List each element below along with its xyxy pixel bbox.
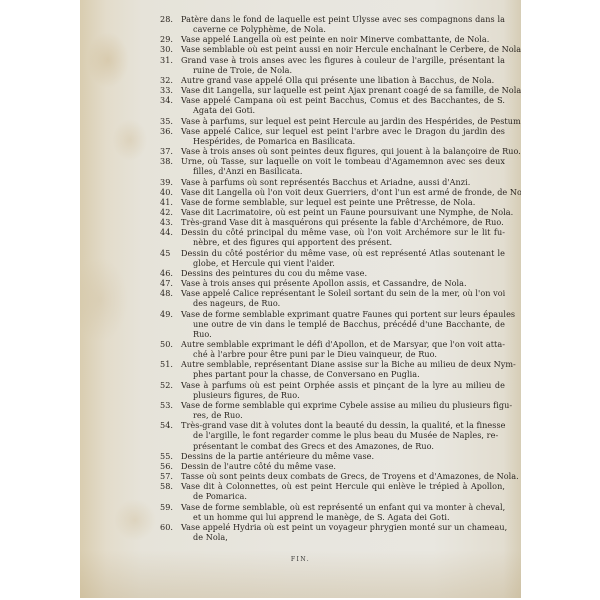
entry-continuation: de l'argille, le font regarder comme le …	[181, 430, 505, 440]
entry-text: Vase appelé Calice représentant le Solei…	[181, 288, 505, 298]
entry-continuation: présentant le combat des Grecs et des Am…	[181, 441, 505, 451]
entry-text: Vase appelé Langella où est peinte en no…	[181, 34, 505, 44]
catalogue-entry: 47.Vase à trois anses qui présente Apoll…	[160, 278, 505, 288]
entry-number: 54.	[160, 420, 179, 430]
entry-continuation: une outre de vin dans le templé de Bacch…	[181, 319, 505, 339]
catalogue-entry: 46.Dessins des peintures du cou du même …	[160, 268, 505, 278]
entry-number: 43.	[160, 217, 179, 227]
entry-number: 45	[160, 248, 179, 258]
entry-number: 42.	[160, 207, 179, 217]
entry-text: Dessin de l'autre côté du même vase.	[181, 461, 505, 471]
catalogue-entry: 39.Vase à parfums où sont représentés Ba…	[160, 177, 505, 187]
entry-continuation: phes partant pour la chasse, de Conversa…	[181, 369, 505, 379]
entry-continuation: caverne ce Polyphème, de Nola.	[181, 24, 505, 34]
catalogue-entry: 53.Vase de forme semblable qui exprime C…	[160, 400, 505, 420]
entry-text: Vase de forme semblable qui exprime Cybe…	[181, 400, 505, 410]
entry-text: Vase de forme semblable, où est représen…	[181, 502, 505, 512]
catalogue-entry: 58.Vase dit à Colonnettes, où est peint …	[160, 481, 505, 501]
entry-number: 47.	[160, 278, 179, 288]
catalogue-entry: 38.Urne, où Tasse, sur laquelle on voit …	[160, 156, 505, 176]
entry-text: Vase appelé Calice, sur lequel est peint…	[181, 126, 505, 136]
entry-text: Vase dit Langella, sur laquelle est pein…	[181, 85, 505, 95]
catalogue-entry: 40.Vase dit Langella où l'on voit deux G…	[160, 187, 505, 197]
catalogue-entry: 32.Autre grand vase appelé Olla qui prés…	[160, 75, 505, 85]
catalogue-entry: 36.Vase appelé Calice, sur lequel est pe…	[160, 126, 505, 146]
entry-number: 36.	[160, 126, 179, 136]
catalogue-entry: 30.Vase semblable où est peint aussi en …	[160, 44, 505, 54]
entry-number: 48.	[160, 288, 179, 298]
entry-text: Tasse où sont peints deux combats de Gre…	[181, 471, 505, 481]
catalogue-entry: 45Dessin du côté postérior du même vase,…	[160, 248, 505, 268]
entry-text: Vase à trois anses qui présente Apollon …	[181, 278, 505, 288]
entry-continuation: Agata dei Goti.	[181, 105, 505, 115]
entry-number: 40.	[160, 187, 179, 197]
entry-number: 44.	[160, 227, 179, 237]
entry-text: Vase dit à Colonnettes, où est peint Her…	[181, 481, 505, 491]
entry-number: 37.	[160, 146, 179, 156]
catalogue-entry: 42.Vase dit Lacrimatoire, où est peint u…	[160, 207, 505, 217]
entry-continuation: filles, d'Anzi en Basilicata.	[181, 166, 505, 176]
entry-text: Vase à parfums où est peint Orphée assis…	[181, 380, 505, 390]
entry-number: 49.	[160, 309, 179, 319]
entry-text: Vase de forme semblable exprimant quatre…	[181, 309, 505, 319]
catalogue-entry: 28.Patère dans le fond de laquelle est p…	[160, 14, 505, 34]
catalogue-entry: 54.Très-grand vase dit à volutes dont la…	[160, 420, 505, 450]
entry-number: 52.	[160, 380, 179, 390]
entry-number: 35.	[160, 116, 179, 126]
entry-text: Patère dans le fond de laquelle est pein…	[181, 14, 505, 24]
catalogue-entry: 48.Vase appelé Calice représentant le So…	[160, 288, 505, 308]
entry-continuation: Hespérides, de Pomarica en Basilicata.	[181, 136, 505, 146]
entry-number: 30.	[160, 44, 179, 54]
entry-continuation: de Pomarica.	[181, 491, 505, 501]
entry-text: Dessins de la partie antérieure du même …	[181, 451, 505, 461]
catalogue-entry: 43.Très-grand Vase dit à masquérons qui …	[160, 217, 505, 227]
catalogue-entry: 31.Grand vase à trois anses avec les fig…	[160, 55, 505, 75]
entry-number: 33.	[160, 85, 179, 95]
entry-text: Vase de forme semblable, sur lequel est …	[181, 197, 505, 207]
entry-text: Vase dit Langella où l'on voit deux Guer…	[181, 187, 505, 197]
entry-number: 51.	[160, 359, 179, 369]
catalogue-entry: 35.Vase à parfums, sur lequel est peint …	[160, 116, 505, 126]
entry-number: 55.	[160, 451, 179, 461]
catalogue-entry: 60.Vase appelé Hydria où est peint un vo…	[160, 522, 505, 542]
entry-text: Très-grand Vase dit à masquérons qui pré…	[181, 217, 505, 227]
entry-text: Autre grand vase appelé Olla qui présent…	[181, 75, 505, 85]
entry-text: Dessin du côté principal du même vase, o…	[181, 227, 505, 237]
catalogue-entry: 34.Vase appelé Campana où est peint Bacc…	[160, 95, 505, 115]
entry-number: 28.	[160, 14, 179, 24]
entry-number: 60.	[160, 522, 179, 532]
catalogue-entry: 44.Dessin du côté principal du même vase…	[160, 227, 505, 247]
entry-number: 41.	[160, 197, 179, 207]
entry-number: 56.	[160, 461, 179, 471]
catalogue-entry: 56.Dessin de l'autre côté du même vase.	[160, 461, 505, 471]
catalogue-entry: 59.Vase de forme semblable, où est repré…	[160, 502, 505, 522]
entry-text: Vase à parfums où sont représentés Bacch…	[181, 177, 505, 187]
catalogue-entry-list: 28.Patère dans le fond de laquelle est p…	[160, 14, 505, 542]
entry-number: 57.	[160, 471, 179, 481]
entry-text: Autre semblable exprimant le défi d'Apol…	[181, 339, 505, 349]
entry-continuation: res, de Ruo.	[181, 410, 505, 420]
entry-number: 53.	[160, 400, 179, 410]
scanned-page: 28.Patère dans le fond de laquelle est p…	[80, 0, 521, 598]
entry-continuation: globe, et Hercule qui vient l'aider.	[181, 258, 505, 268]
catalogue-entry: 49.Vase de forme semblable exprimant qua…	[160, 309, 505, 339]
end-marker: FIN.	[80, 556, 521, 563]
entry-continuation: plusieurs figures, de Ruo.	[181, 390, 505, 400]
entry-text: Vase semblable où est peint aussi en noi…	[181, 44, 505, 54]
entry-number: 29.	[160, 34, 179, 44]
entry-number: 38.	[160, 156, 179, 166]
entry-number: 50.	[160, 339, 179, 349]
catalogue-entry: 52.Vase à parfums où est peint Orphée as…	[160, 380, 505, 400]
entry-text: Autre semblable, représentant Diane assi…	[181, 359, 505, 369]
catalogue-entry: 29.Vase appelé Langella où est peinte en…	[160, 34, 505, 44]
entry-number: 34.	[160, 95, 179, 105]
catalogue-entry: 57.Tasse où sont peints deux combats de …	[160, 471, 505, 481]
entry-continuation: ruine de Troie, de Nola.	[181, 65, 505, 75]
entry-text: Grand vase à trois anses avec les figure…	[181, 55, 505, 65]
entry-continuation: nèbre, et des figures qui apportent des …	[181, 237, 505, 247]
catalogue-entry: 41.Vase de forme semblable, sur lequel e…	[160, 197, 505, 207]
entry-number: 32.	[160, 75, 179, 85]
catalogue-entry: 51.Autre semblable, représentant Diane a…	[160, 359, 505, 379]
entry-text: Dessins des peintures du cou du même vas…	[181, 268, 505, 278]
entry-text: Dessin du côté postérior du même vase, o…	[181, 248, 505, 258]
entry-text: Vase appelé Hydria où est peint un voyag…	[181, 522, 505, 532]
catalogue-entry: 33.Vase dit Langella, sur laquelle est p…	[160, 85, 505, 95]
entry-continuation: de Nola,	[181, 532, 505, 542]
entry-continuation: et un homme qui lui apprend le manège, d…	[181, 512, 505, 522]
catalogue-entry: 50.Autre semblable exprimant le défi d'A…	[160, 339, 505, 359]
entry-number: 59.	[160, 502, 179, 512]
catalogue-entry: 37.Vase à trois anses où sont peintes de…	[160, 146, 505, 156]
catalogue-entry: 55.Dessins de la partie antérieure du mê…	[160, 451, 505, 461]
entry-continuation: des nageurs, de Ruo.	[181, 298, 505, 308]
entry-text: Urne, où Tasse, sur laquelle on voit le …	[181, 156, 505, 166]
entry-text: Vase dit Lacrimatoire, où est peint un F…	[181, 207, 505, 217]
entry-text: Vase à trois anses où sont peintes deux …	[181, 146, 505, 156]
entry-number: 31.	[160, 55, 179, 65]
entry-text: Vase à parfums, sur lequel est peint Her…	[181, 116, 505, 126]
entry-text: Vase appelé Campana où est peint Bacchus…	[181, 95, 505, 105]
entry-number: 58.	[160, 481, 179, 491]
entry-text: Très-grand vase dit à volutes dont la be…	[181, 420, 505, 430]
entry-number: 46.	[160, 268, 179, 278]
entry-continuation: ché à l'arbre pour être puni par le Dieu…	[181, 349, 505, 359]
entry-number: 39.	[160, 177, 179, 187]
